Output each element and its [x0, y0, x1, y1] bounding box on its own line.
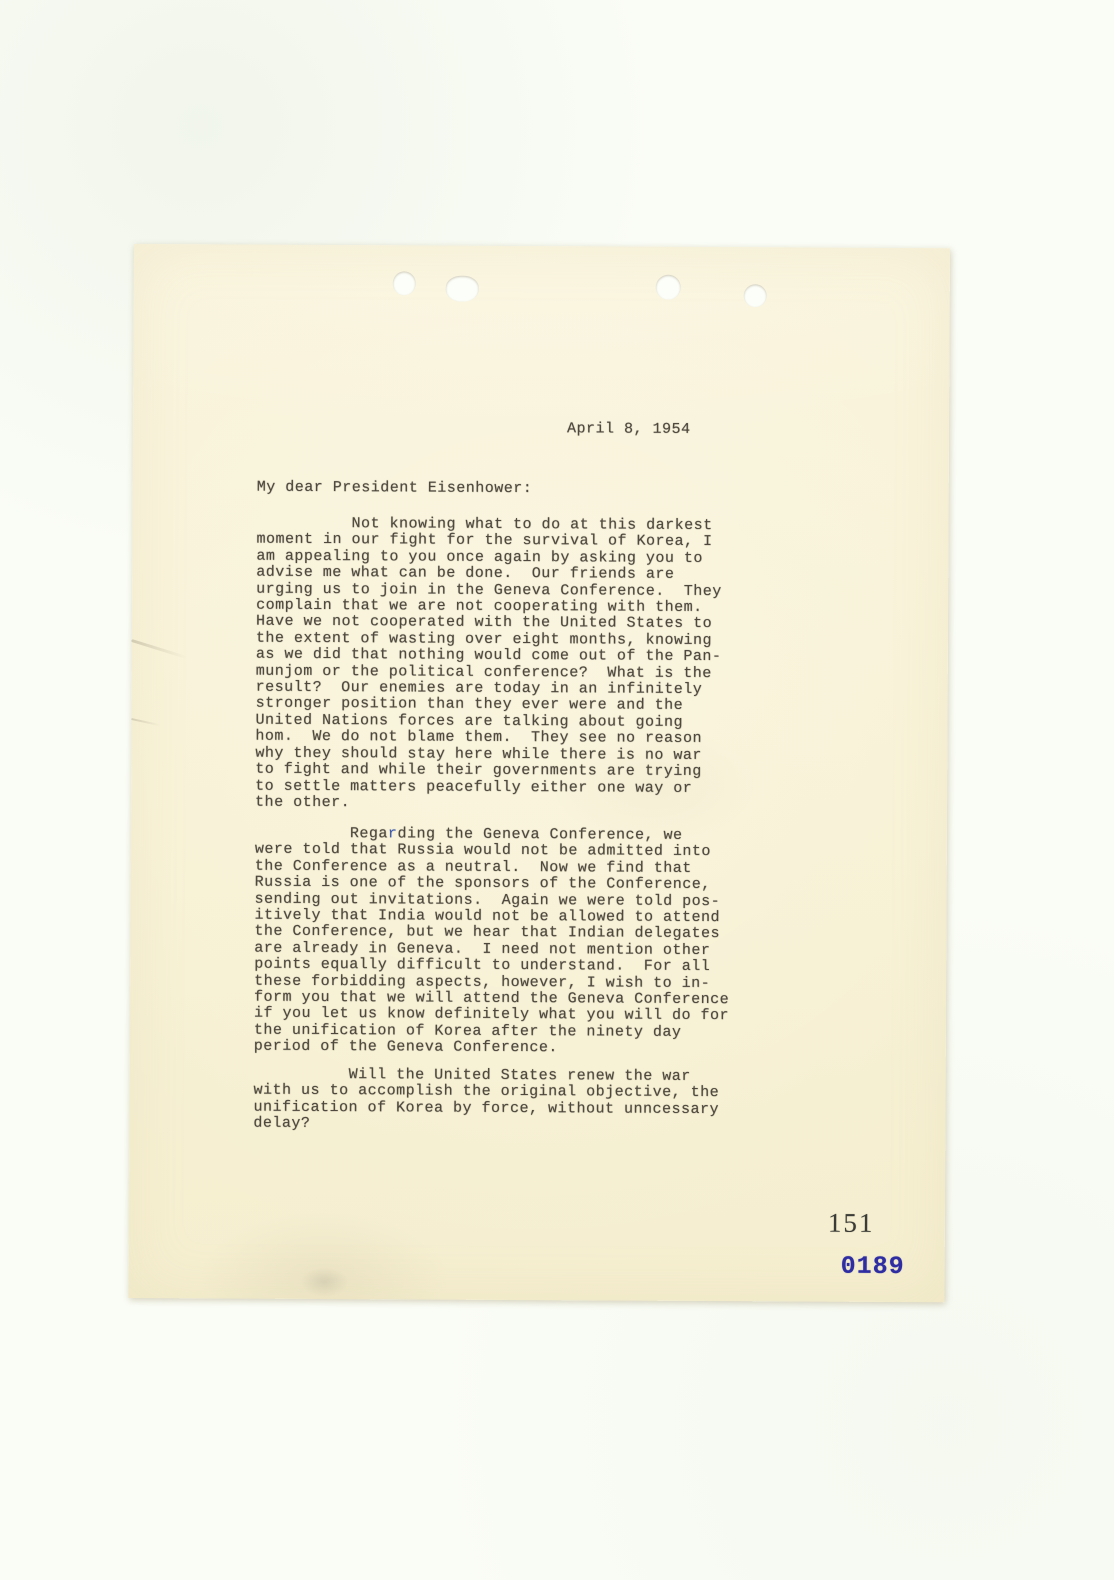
page-number: 151 [828, 1208, 875, 1239]
paragraph-text: Not knowing what to do at this darkest m… [255, 515, 722, 811]
punch-hole [446, 276, 479, 302]
punch-hole [656, 275, 681, 300]
archive-stamp-number: 0189 [841, 1252, 905, 1281]
paper-smudge [300, 1267, 348, 1297]
punch-hole [393, 271, 416, 295]
paragraph-text: Will the United States renew the war wit… [253, 1066, 719, 1133]
blue-corrected-letter: r [388, 825, 398, 842]
letter-date: April 8, 1954 [567, 421, 691, 438]
letter-paragraph-1: Not knowing what to do at this darkest m… [255, 516, 722, 814]
paper-crease [131, 639, 187, 659]
letter-page: April 8, 1954 My dear President Eisenhow… [128, 244, 950, 1302]
paper-crease [131, 718, 161, 726]
paragraph-text: ding the Geneva Conference, we were told… [254, 825, 729, 1056]
letter-paragraph-3: Will the United States renew the war wit… [253, 1067, 719, 1135]
salutation: My dear President Eisenhower: [257, 480, 533, 498]
punch-hole [744, 284, 767, 307]
letter-paragraph-2: Regarding the Geneva Conference, we were… [254, 826, 730, 1058]
paragraph-text: Rega [255, 825, 388, 843]
